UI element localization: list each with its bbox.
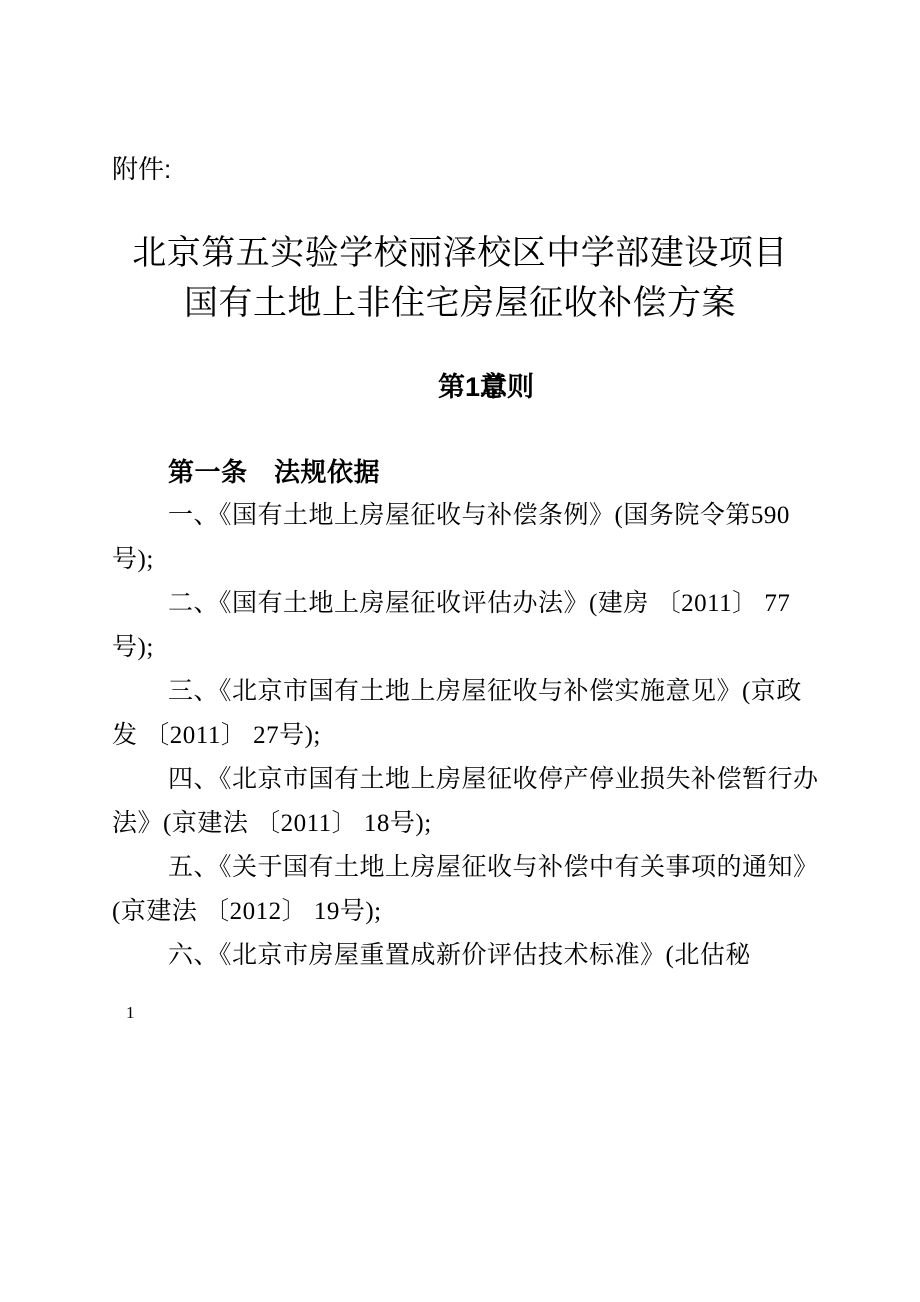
body-line: (京建法 〔2012〕 19号); xyxy=(112,890,852,934)
body-line: 六、《北京市房屋重置成新价评估技术标准》(北估秘 xyxy=(112,934,852,978)
body-line: 第一条 法规依据 xyxy=(112,450,852,494)
document-title-line-1: 北京第五实验学校丽泽校区中学部建设项目 xyxy=(0,228,920,278)
document-page: 附件: 北京第五实验学校丽泽校区中学部建设项目 国有土地上非住宅房屋征收补偿方案… xyxy=(0,0,920,1302)
document-title: 北京第五实验学校丽泽校区中学部建设项目 国有土地上非住宅房屋征收补偿方案 xyxy=(0,228,920,328)
chapter-heading-overlap-over: 总 xyxy=(480,370,507,404)
document-title-line-2: 国有土地上非住宅房屋征收补偿方案 xyxy=(0,278,920,328)
body-line: 二、《国有土地上房屋征收评估办法》(建房 〔2011〕 77 xyxy=(112,582,852,626)
body-line: 发 〔2011〕 27号); xyxy=(112,714,852,758)
page-number: 1 xyxy=(126,1002,135,1024)
body-line: 号); xyxy=(112,626,852,670)
body-lines: 第一条 法规依据一、《国有土地上房屋征收与补偿条例》(国务院令第590号);二、… xyxy=(112,450,852,978)
chapter-heading-suffix: 则 xyxy=(507,372,534,402)
chapter-heading-prefix: 第1 xyxy=(438,372,480,402)
body-line: 号); xyxy=(112,538,852,582)
body-line: 一、《国有土地上房屋征收与补偿条例》(国务院令第590 xyxy=(112,494,852,538)
attachment-label: 附件: xyxy=(112,152,171,186)
body-line: 三、《北京市国有土地上房屋征收与补偿实施意见》(京政 xyxy=(112,670,852,714)
chapter-heading-overlap: 章总 xyxy=(480,370,507,404)
chapter-heading: 第1章总则 xyxy=(26,370,920,404)
body-line: 五、《关于国有土地上房屋征收与补偿中有关事项的通知》 xyxy=(112,846,852,890)
body-line: 四、《北京市国有土地上房屋征收停产停业损失补偿暂行办 xyxy=(112,758,852,802)
body-line: 法》(京建法 〔2011〕 18号); xyxy=(112,802,852,846)
